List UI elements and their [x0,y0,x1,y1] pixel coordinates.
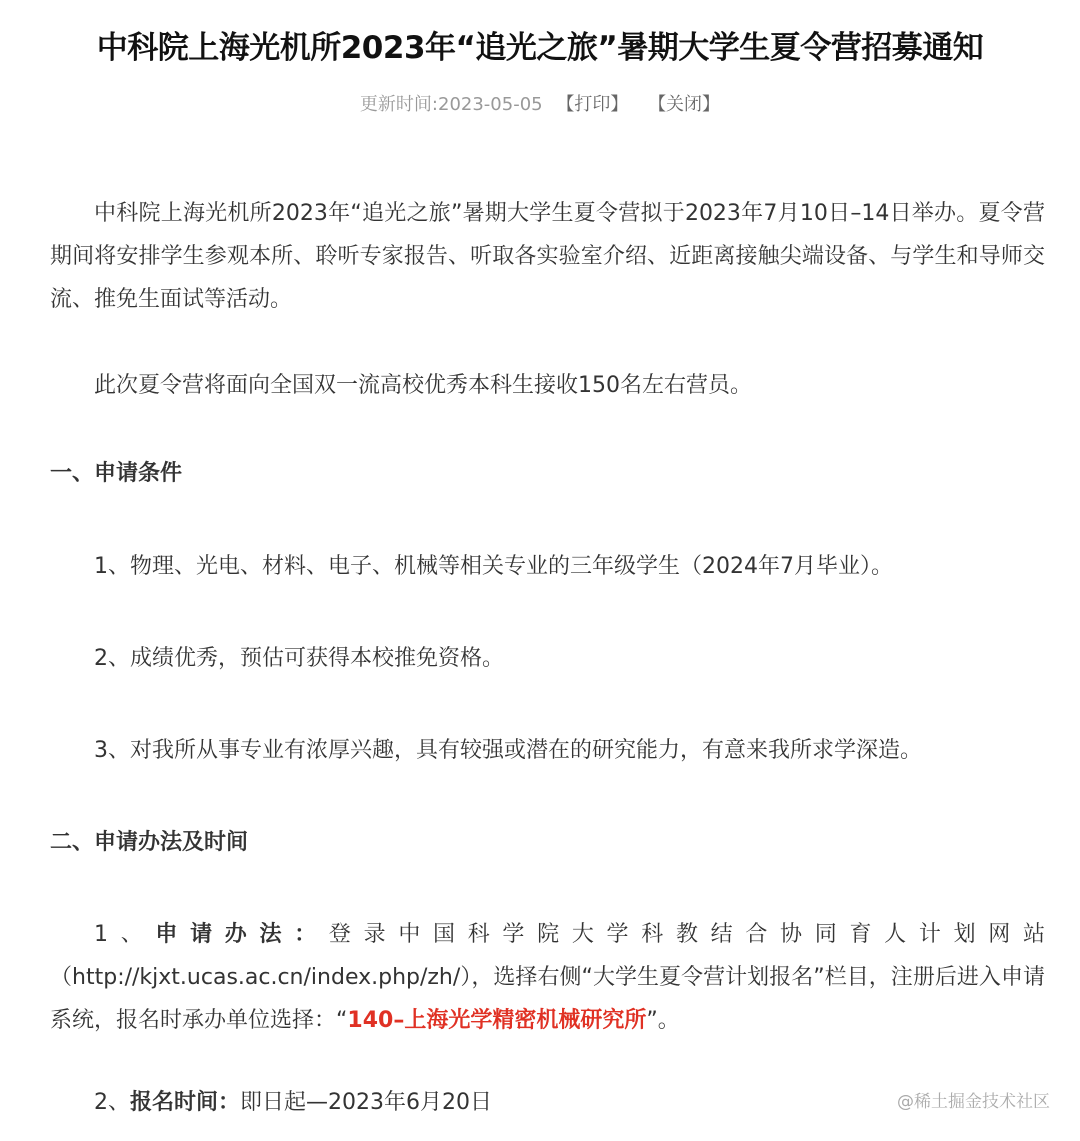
intro-paragraph-2: 此次夏令营将面向全国双一流高校优秀本科生接收150名左右营员。 [50,364,1045,407]
item-label: 报名时间： [130,1090,240,1115]
print-link[interactable]: 【打印】 [556,94,628,115]
item-suffix: ”。 [646,1008,679,1033]
method-item-1: 1、申请办法：登录中国科学院大学科教结合协同育人计划网站（http://kjxt… [50,913,1045,1042]
condition-item-2: 2、成绩优秀，预估可获得本校推免资格。 [50,637,1045,680]
page-title: 中科院上海光机所2023年“追光之旅”暑期大学生夏令营招募通知 [0,24,1080,72]
item-text: 即日起—2023年6月20日 [240,1090,492,1115]
article-meta: 更新时间:2023-05-05 【打印】 【关闭】 [0,90,1080,120]
item-prefix: 1、 [94,922,155,947]
intro-paragraph-1: 中科院上海光机所2023年“追光之旅”暑期大学生夏令营拟于2023年7月10日–… [50,192,1045,321]
section-heading-conditions: 一、申请条件 [50,452,182,495]
item-prefix: 2、 [94,1090,130,1115]
section-heading-method: 二、申请办法及时间 [50,821,248,864]
close-link[interactable]: 【关闭】 [648,94,720,115]
condition-item-1: 1、物理、光电、材料、电子、机械等相关专业的三年级学生（2024年7月毕业）。 [50,545,1045,588]
item-label: 申请办法： [155,922,329,947]
method-item-2: 2、报名时间：即日起—2023年6月20日 [50,1081,1045,1124]
watermark: @稀土掘金技术社区 [897,1088,1050,1116]
institute-highlight: 140–上海光学精密机械研究所 [347,1008,646,1033]
condition-item-3: 3、对我所从事专业有浓厚兴趣，具有较强或潜在的研究能力，有意来我所求学深造。 [50,729,1045,772]
update-time: 更新时间:2023-05-05 [360,94,543,115]
